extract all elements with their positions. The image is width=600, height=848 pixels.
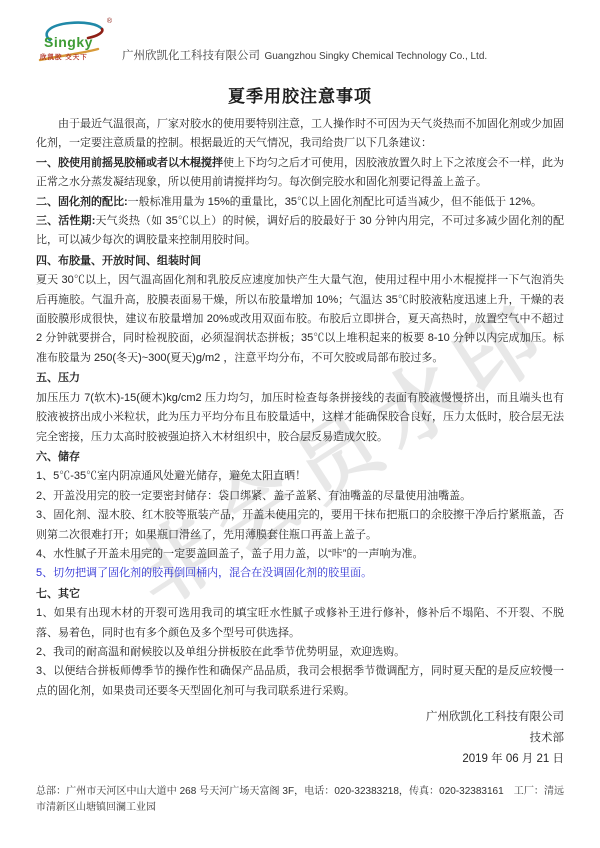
text-run: 2、我司的耐高温和耐候胶以及单组分拼板胶在此季节优势明显，欢迎选购。 <box>36 646 405 658</box>
text-run: 四、布胶量、开放时间、组装时间 <box>36 255 201 267</box>
section-heading: 五、压力 <box>36 369 564 388</box>
text-run: 加压压力 7(软木)-15(硬木)kg/cm2 压力均匀，加压时检查每条拼接线的… <box>36 392 564 443</box>
paragraph: 三、活性期:天气炎热（如 35℃以上）的时候，调好后的胶最好于 30 分钟内用完… <box>36 212 564 251</box>
document-title: 夏季用胶注意事项 <box>36 82 564 107</box>
text-run: 七、其它 <box>36 588 80 600</box>
paragraph: 二、固化剂的配比:一般标准用量为 15%的重量比，35℃以上固化剂配比可适当减少… <box>36 193 564 212</box>
company-name-line: 广州欣凯化工科技有限公司 Guangzhou Singky Chemical T… <box>122 46 487 68</box>
paragraph: 2、开盖没用完的胶一定要密封储存：袋口绑紧、盖子盖紧、有油嘴盖的尽量使用油嘴盖。 <box>36 487 564 506</box>
logo-brand-text: Singky <box>44 34 93 50</box>
signature-date: 2019 年 06 月 21 日 <box>36 749 564 770</box>
paragraph: 5、切勿把调了固化剂的胶再倒回桶内，混合在没调固化剂的胶里面。 <box>36 564 564 583</box>
registered-mark-icon: ® <box>107 18 112 25</box>
paragraph: 1、5℃-35℃室内阴凉通风处避光储存，避免太阳直晒！ <box>36 467 564 486</box>
text-run: 夏天 30℃以上，因气温高固化剂和乳胶反应速度加快产生大量气泡，使用过程中用小木… <box>36 274 564 364</box>
signature-department: 技术部 <box>36 728 564 749</box>
text-run: 4、水性腻子开盖未用完的一定要盖回盖子，盖子用力盖，以“咔”的一声响为准。 <box>36 548 423 560</box>
section-heading: 四、布胶量、开放时间、组装时间 <box>36 252 564 271</box>
text-run: 1、如果有出现木材的开裂可选用我司的填宝旺水性腻子或修补王进行修补，修补后不塌陷… <box>36 607 564 638</box>
text-run: 六、储存 <box>36 451 80 463</box>
text-run: 3、固化剂、湿木胶、红木胶等瓶装产品，开盖未使用完的，要用干抹布把瓶口的余胶擦干… <box>36 509 564 540</box>
document-page: 非会员水印 Singky ® 欣凯胶 交天下 广州欣凯化工科技有限公司 Guan… <box>0 0 600 848</box>
text-run: 由于最近气温很高，厂家对胶水的使用要特别注意，工人操作时不可因为天气炎热而不加固… <box>36 118 564 149</box>
section-heading: 六、储存 <box>36 448 564 467</box>
text-run: 天气炎热（如 35℃以上）的时候，调好后的胶最好于 30 分钟内用完，不可过多减… <box>36 215 564 246</box>
company-name-cn: 广州欣凯化工科技有限公司 <box>122 50 260 62</box>
footer-address: 总部：广州市天河区中山大道中 268 号天河广场天富阁 3F，电话：020-32… <box>36 784 564 816</box>
paragraph: 一、胶使用前摇晃胶桶或者以木棍搅拌使上下均匀之后才可使用，因胶液放置久时上下之浓… <box>36 154 564 193</box>
signature-company: 广州欣凯化工科技有限公司 <box>36 707 564 728</box>
text-run: 3、以便结合拼板师傅季节的操作性和确保产品品质，我司会根据季节微调配方，同时夏天… <box>36 665 564 696</box>
paragraph: 4、水性腻子开盖未用完的一定要盖回盖子，盖子用力盖，以“咔”的一声响为准。 <box>36 545 564 564</box>
text-run: 2、开盖没用完的胶一定要密封储存：袋口绑紧、盖子盖紧、有油嘴盖的尽量使用油嘴盖。 <box>36 490 471 502</box>
text-run: 5、切勿把调了固化剂的胶再倒回桶内，混合在没调固化剂的胶里面。 <box>36 567 372 579</box>
paragraph: 3、以便结合拼板师傅季节的操作性和确保产品品质，我司会根据季节微调配方，同时夏天… <box>36 662 564 701</box>
signature-block: 广州欣凯化工科技有限公司 技术部 2019 年 06 月 21 日 <box>36 707 564 770</box>
text-run: 五、压力 <box>36 372 80 384</box>
logo-tagline: 欣凯胶 交天下 <box>40 52 88 61</box>
letterhead: Singky ® 欣凯胶 交天下 广州欣凯化工科技有限公司 Guangzhou … <box>36 14 564 68</box>
section-heading: 七、其它 <box>36 585 564 604</box>
singky-logo: Singky ® 欣凯胶 交天下 <box>36 18 114 68</box>
text-run: 一、胶使用前摇晃胶桶或者以木棍搅拌 <box>36 157 223 169</box>
text-run: 1、5℃-35℃室内阴凉通风处避光储存，避免太阳直晒！ <box>36 470 306 482</box>
paragraph: 2、我司的耐高温和耐候胶以及单组分拼板胶在此季节优势明显，欢迎选购。 <box>36 643 564 662</box>
paragraph: 由于最近气温很高，厂家对胶水的使用要特别注意，工人操作时不可因为天气炎热而不加固… <box>36 115 564 154</box>
text-run: 三、活性期: <box>36 215 95 227</box>
company-name-en: Guangzhou Singky Chemical Technology Co.… <box>264 51 487 62</box>
paragraph: 加压压力 7(软木)-15(硬木)kg/cm2 压力均匀，加压时检查每条拼接线的… <box>36 389 564 447</box>
paragraph: 1、如果有出现木材的开裂可选用我司的填宝旺水性腻子或修补王进行修补，修补后不塌陷… <box>36 604 564 643</box>
document-body: 由于最近气温很高，厂家对胶水的使用要特别注意，工人操作时不可因为天气炎热而不加固… <box>36 115 564 701</box>
paragraph: 3、固化剂、湿木胶、红木胶等瓶装产品，开盖未使用完的，要用干抹布把瓶口的余胶擦干… <box>36 506 564 545</box>
text-run: 二、固化剂的配比: <box>36 196 128 208</box>
paragraph: 夏天 30℃以上，因气温高固化剂和乳胶反应速度加快产生大量气泡，使用过程中用小木… <box>36 271 564 368</box>
text-run: 一般标准用量为 15%的重量比，35℃以上固化剂配比可适当减少，但不能低于 12… <box>128 196 542 208</box>
